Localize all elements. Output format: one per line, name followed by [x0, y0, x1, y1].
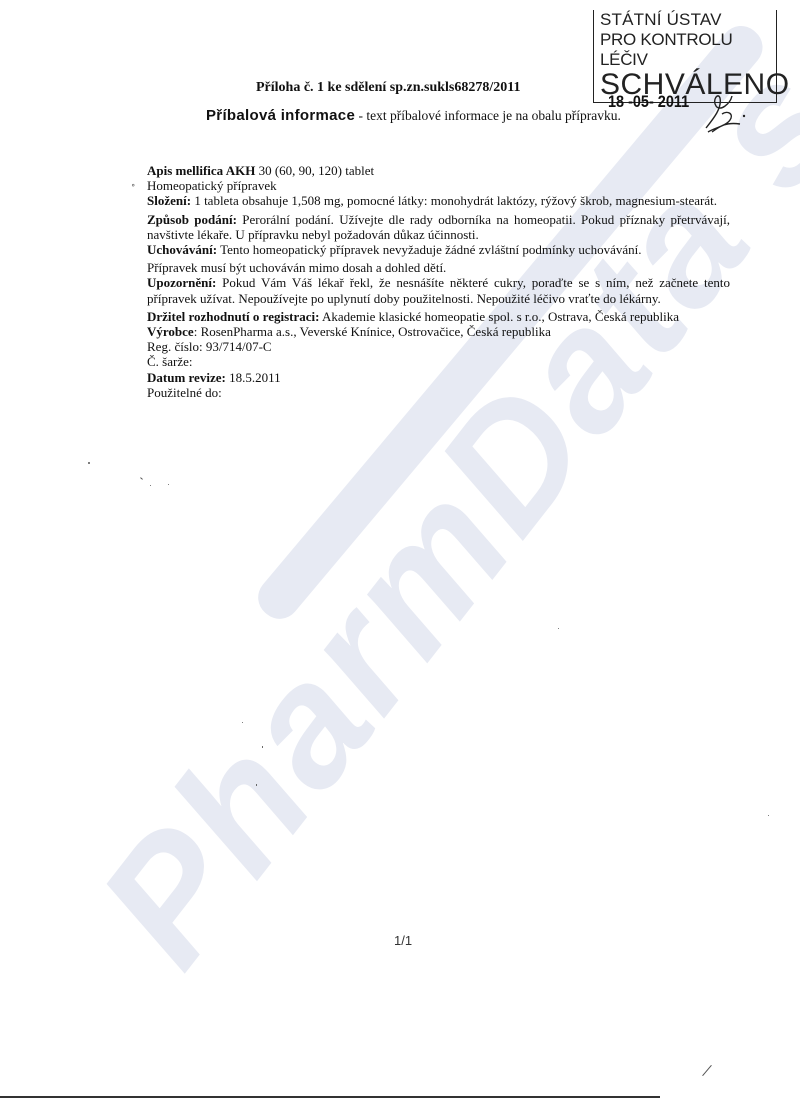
manufacturer: Výrobce: RosenPharma a.s., Veverské Knín…: [147, 324, 730, 339]
warning: Upozornění: Pokud Vám Váš lékař řekl, že…: [147, 275, 730, 305]
page-number: 1/1: [394, 933, 412, 948]
marketing-holder: Držitel rozhodnutí o registraci: Akademi…: [147, 309, 730, 324]
storage: Uchovávání: Tento homeopatický přípravek…: [147, 242, 730, 257]
warning-label: Upozornění:: [147, 275, 216, 290]
bottom-rule: [0, 1096, 660, 1098]
manufacturer-text: : RosenPharma a.s., Veverské Knínice, Os…: [194, 324, 551, 339]
product-type-text: Homeopatický přípravek: [147, 178, 277, 193]
composition: Složení: 1 tableta obsahuje 1,508 mg, po…: [147, 193, 730, 208]
administration-label: Způsob podání:: [147, 212, 237, 227]
product-pack: 30 (60, 90, 120) tablet: [255, 163, 374, 178]
revision-label: Datum revize:: [147, 370, 226, 385]
scan-speck: [768, 815, 769, 816]
holder-label: Držitel rozhodnutí o registraci:: [147, 309, 319, 324]
scan-speck: [702, 1065, 712, 1076]
scan-speck: [558, 628, 559, 629]
scan-speck: [262, 746, 263, 748]
children-warning: Přípravek musí být uchováván mimo dosah …: [147, 260, 730, 275]
storage-text: Tento homeopatický přípravek nevyžaduje …: [217, 242, 641, 257]
watermark: PharmData s.r.o.: [60, 0, 800, 1001]
product-name: Apis mellifica AKH: [147, 163, 255, 178]
scan-speck: [168, 484, 169, 485]
stamp-line-1: STÁTNÍ ÚSTAV: [600, 10, 772, 30]
storage-label: Uchovávání:: [147, 242, 217, 257]
registration-number: Reg. číslo: 93/714/07-C: [147, 339, 730, 354]
stamp-line-2: PRO KONTROLU LÉČIV: [600, 30, 772, 70]
leaflet-title: Příbalová informace - text příbalové inf…: [206, 107, 621, 124]
product-type: ∘Homeopatický přípravek: [147, 178, 730, 193]
product-line: Apis mellifica AKH 30 (60, 90, 120) tabl…: [147, 163, 730, 178]
scan-speck: [242, 722, 243, 723]
scan-speck: [256, 784, 257, 786]
expiry-date: Použitelné do:: [147, 385, 730, 400]
composition-text: 1 tableta obsahuje 1,508 mg, pomocné lát…: [191, 193, 717, 208]
annex-header: Příloha č. 1 ke sdělení sp.zn.sukls68278…: [256, 80, 520, 96]
leaflet-title-rest: - text příbalové informace je na obalu p…: [355, 108, 621, 123]
manufacturer-label: Výrobce: [147, 324, 194, 339]
revision-date: Datum revize: 18.5.2011: [147, 370, 730, 385]
revision-text: 18.5.2011: [226, 370, 281, 385]
holder-text: Akademie klasické homeopatie spol. s r.o…: [319, 309, 679, 324]
leaflet-title-bold: Příbalová informace: [206, 107, 355, 124]
scan-speck: [140, 477, 143, 480]
scan-speck: [88, 462, 90, 464]
leaflet-body: Apis mellifica AKH 30 (60, 90, 120) tabl…: [147, 163, 730, 400]
administration: Způsob podání: Perorální podání. Užívejt…: [147, 212, 730, 242]
scan-speck: [150, 485, 151, 486]
warning-text: Pokud Vám Váš lékař řekl, že nesnášíte n…: [147, 275, 730, 305]
signature-icon: [700, 88, 750, 136]
batch-number: Č. šarže:: [147, 354, 730, 369]
bullet-mark: ∘: [131, 178, 135, 193]
composition-label: Složení:: [147, 193, 191, 208]
